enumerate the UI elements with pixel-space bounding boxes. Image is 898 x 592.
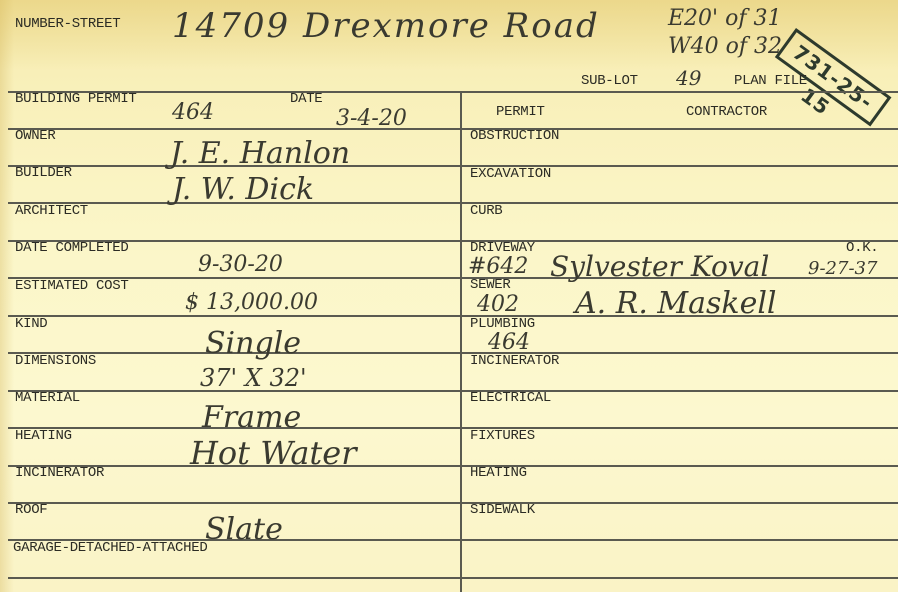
sub-lot-label: SUB-LOT: [581, 73, 638, 89]
building-permit-label: BUILDING PERMIT: [15, 91, 137, 107]
kind-value: Single: [205, 326, 301, 361]
rule: [8, 128, 898, 130]
obstruction-label: OBSTRUCTION: [470, 128, 559, 144]
address-value: 14709 Drexmore Road: [172, 6, 600, 46]
driveway-contractor-value: Sylvester Koval: [550, 250, 769, 283]
date-label: DATE: [290, 91, 322, 107]
material-value: Frame: [202, 400, 301, 435]
lot-note-line2: W40 of 32: [668, 34, 782, 59]
driveway-date-value: 9-27-37: [808, 258, 877, 279]
incinerator-label: INCINERATOR: [15, 465, 104, 481]
rule: [8, 427, 898, 429]
rule: [8, 352, 898, 354]
rule-header: [8, 91, 898, 93]
number-street-label: NUMBER-STREET: [15, 16, 120, 32]
builder-label: BUILDER: [15, 165, 72, 181]
heating-label: HEATING: [15, 428, 72, 444]
permit-card: NUMBER-STREET 14709 Drexmore Road E20' o…: [0, 0, 898, 592]
sewer-permit-value: 402: [477, 292, 519, 317]
material-label: MATERIAL: [15, 390, 80, 406]
heating-permit-label: HEATING: [470, 465, 527, 481]
rule: [8, 390, 898, 392]
sidewalk-label: SIDEWALK: [470, 502, 535, 518]
sewer-label: SEWER: [470, 277, 511, 293]
rule: [8, 502, 898, 504]
rule: [8, 202, 898, 204]
lot-note-line1: E20' of 31: [668, 6, 781, 31]
plumbing-permit-value: 464: [488, 330, 530, 355]
sewer-contractor-value: A. R. Maskell: [575, 286, 777, 321]
incinerator-permit-label: INCINERATOR: [470, 353, 559, 369]
excavation-label: EXCAVATION: [470, 166, 551, 182]
permit-header: PERMIT: [496, 104, 545, 120]
column-divider: [460, 91, 462, 592]
sub-lot-value: 49: [676, 66, 701, 90]
building-permit-value: 464: [172, 100, 214, 125]
fixtures-label: FIXTURES: [470, 428, 535, 444]
rule: [8, 465, 898, 467]
driveway-permit-value: #642: [468, 254, 528, 279]
date-completed-label: DATE COMPLETED: [15, 240, 128, 256]
garage-label: GARAGE-DETACHED-ATTACHED: [13, 540, 207, 556]
date-completed-value: 9-30-20: [198, 252, 283, 277]
rule: [8, 240, 898, 242]
kind-label: KIND: [15, 316, 47, 332]
heating-value: Hot Water: [190, 434, 356, 472]
rule: [8, 165, 898, 167]
rule: [8, 577, 898, 579]
curb-label: CURB: [470, 203, 502, 219]
plan-file-label: PLAN FILE: [734, 73, 807, 89]
owner-value: J. E. Hanlon: [170, 136, 350, 171]
roof-label: ROOF: [15, 502, 47, 518]
builder-value: J. W. Dick: [172, 172, 314, 207]
driveway-status: O.K.: [846, 240, 878, 256]
dimensions-value: 37' X 32': [200, 364, 307, 392]
owner-label: OWNER: [15, 128, 56, 144]
estimated-cost-value: $ 13,000.00: [185, 290, 318, 315]
estimated-cost-label: ESTIMATED COST: [15, 278, 128, 294]
date-value: 3-4-20: [336, 106, 407, 131]
contractor-header: CONTRACTOR: [686, 104, 767, 120]
architect-label: ARCHITECT: [15, 203, 88, 219]
roof-value: Slate: [205, 512, 283, 547]
dimensions-label: DIMENSIONS: [15, 353, 96, 369]
electrical-label: ELECTRICAL: [470, 390, 551, 406]
